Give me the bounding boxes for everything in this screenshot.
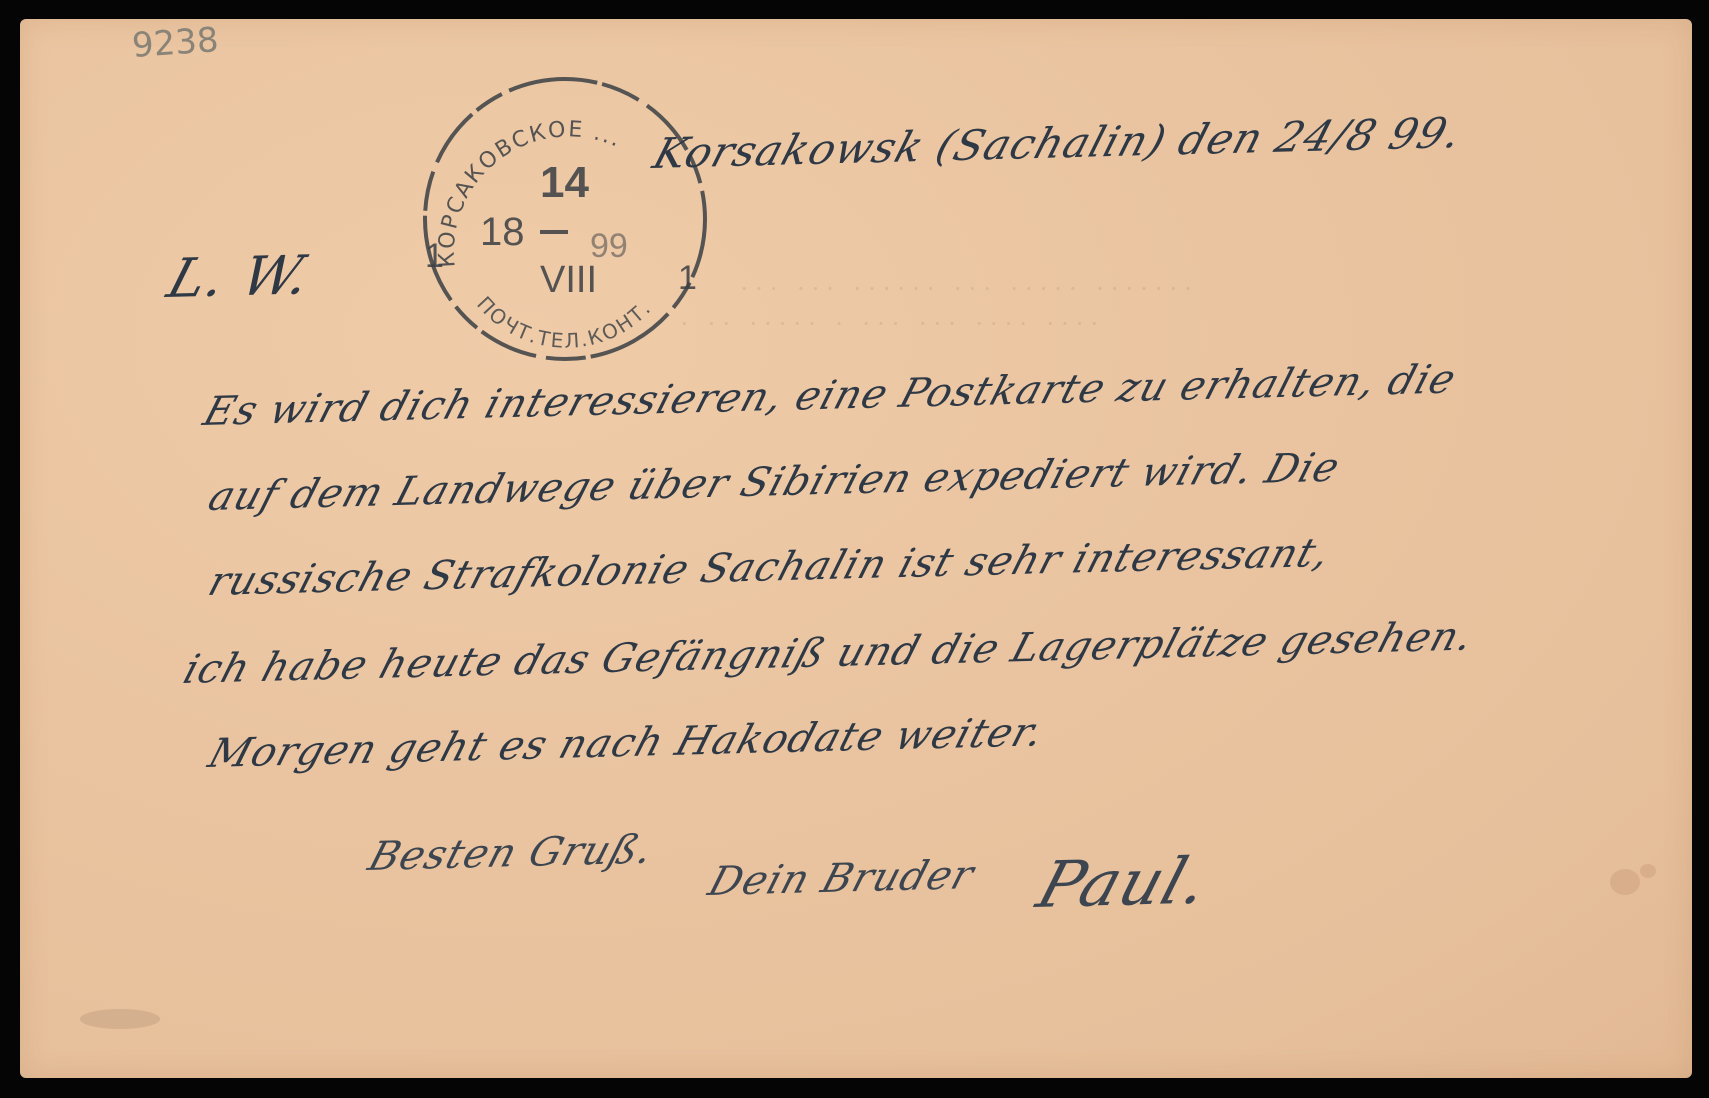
pencil-catalog-number: 9238 — [131, 20, 220, 66]
closing-relation: Dein Bruder — [703, 852, 980, 905]
postmark-month: VIII — [540, 259, 597, 301]
body-line-1: Es wird dich interessieren, eine Postkar… — [198, 357, 1462, 435]
closing-greeting: Besten Gruß. — [363, 827, 659, 880]
postmark-mark-right: 1 — [678, 259, 697, 297]
salutation: L. W. — [161, 243, 319, 310]
printed-ghost-text: ··· ··· ······ ··· ····· ······· — [740, 274, 1198, 304]
dateline: Korsakowsk (Sachalin) den 24/8 99. — [648, 108, 1468, 178]
postmark-mark-left: 1 — [425, 237, 444, 275]
body-line-3: russische Strafkolonie Sachalin ist sehr… — [203, 530, 1336, 605]
postmark-day: 14 — [540, 158, 589, 207]
foxing-spot — [80, 1009, 160, 1029]
postcard: 9238 ··· ··· ······ ··· ····· ······· · … — [20, 19, 1692, 1078]
postmark-stamp: КОРСАКОВСКОЕ ... ПОЧТ.ТЕЛ.КОНТ. 14 18 99… — [400, 67, 730, 367]
postmark-year-left: 18 — [480, 210, 525, 254]
body-line-2: auf dem Landwege über Sibirien expediert… — [203, 445, 1345, 520]
foxing-spot — [1610, 869, 1640, 895]
body-line-4: ich habe heute das Gefängniß und die Lag… — [178, 614, 1479, 693]
foxing-spot — [1640, 864, 1656, 878]
signature: Paul. — [1029, 845, 1218, 923]
body-line-5: Morgen geht es nach Hakodate weiter. — [203, 709, 1049, 777]
printed-ghost-text: · ·· ····· · ··· ··· ···· ···· — [680, 309, 1105, 339]
